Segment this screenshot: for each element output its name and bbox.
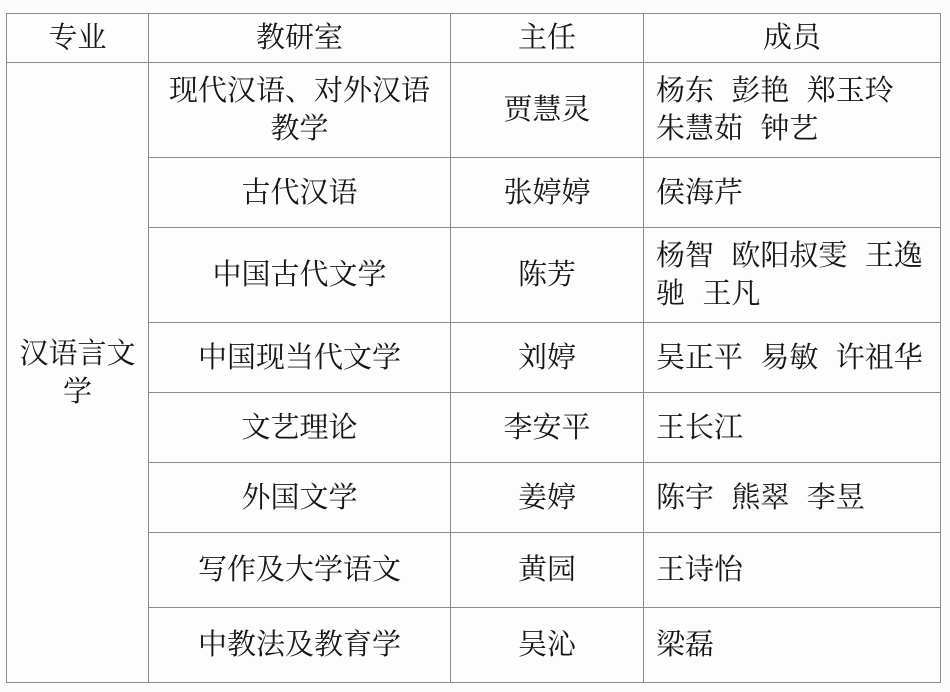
director-cell: 刘婷 xyxy=(451,323,644,393)
office-cell: 写作及大学语文 xyxy=(149,533,451,608)
table-header-row: 专业 教研室 主任 成员 xyxy=(7,14,941,63)
members-cell: 梁磊 xyxy=(644,608,941,683)
header-office: 教研室 xyxy=(149,14,451,63)
document-page: 专业 教研室 主任 成员 汉语言文 学现代汉语、对外汉语 教学 贾慧灵 杨东 彭… xyxy=(0,0,950,692)
members-cell: 王长江 xyxy=(644,393,941,463)
members-cell: 杨智 欧阳叔雯 王逸 驰 王凡 xyxy=(644,228,941,323)
office-cell: 现代汉语、对外汉语 教学 xyxy=(149,63,451,158)
members-cell: 侯海芹 xyxy=(644,158,941,228)
director-cell: 黄园 xyxy=(451,533,644,608)
major-cell: 汉语言文 学 xyxy=(7,63,149,683)
office-cell: 文艺理论 xyxy=(149,393,451,463)
director-cell: 陈芳 xyxy=(451,228,644,323)
office-cell: 中国现当代文学 xyxy=(149,323,451,393)
director-cell: 吴沁 xyxy=(451,608,644,683)
director-cell: 张婷婷 xyxy=(451,158,644,228)
header-director: 主任 xyxy=(451,14,644,63)
members-cell: 陈宇 熊翠 李昱 xyxy=(644,463,941,533)
table-row: 汉语言文 学现代汉语、对外汉语 教学 贾慧灵 杨东 彭艳 郑玉玲 朱慧茹 钟艺 xyxy=(7,63,941,158)
header-major: 专业 xyxy=(7,14,149,63)
office-cell: 外国文学 xyxy=(149,463,451,533)
members-cell: 杨东 彭艳 郑玉玲 朱慧茹 钟艺 xyxy=(644,63,941,158)
staff-table: 专业 教研室 主任 成员 汉语言文 学现代汉语、对外汉语 教学 贾慧灵 杨东 彭… xyxy=(6,13,941,683)
office-cell: 古代汉语 xyxy=(149,158,451,228)
director-cell: 李安平 xyxy=(451,393,644,463)
office-cell: 中教法及教育学 xyxy=(149,608,451,683)
header-members: 成员 xyxy=(644,14,941,63)
director-cell: 贾慧灵 xyxy=(451,63,644,158)
members-cell: 王诗怡 xyxy=(644,533,941,608)
members-cell: 吴正平 易敏 许祖华 xyxy=(644,323,941,393)
office-cell: 中国古代文学 xyxy=(149,228,451,323)
director-cell: 姜婷 xyxy=(451,463,644,533)
